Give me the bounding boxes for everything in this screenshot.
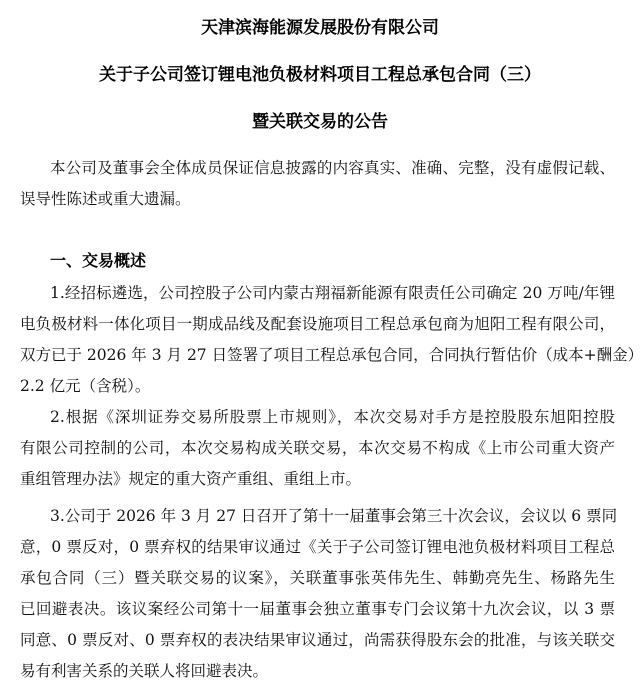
paragraph-line: 双方已于 2026 年 3 月 27 日签署了项目工程总承包合同，合同执行暂估价…: [20, 344, 615, 366]
paragraph-line: 承包合同（三）暨关联交易的议案》，关联董事张英伟先生、韩勤亮先生、杨路先生: [20, 567, 615, 589]
paragraph-line: 有限公司控制的公司，本次交易构成关联交易，本次交易不构成《上市公司重大资产: [20, 437, 615, 459]
disclaimer-line: 误导性陈述或重大遗漏。: [20, 188, 615, 210]
announcement-title-line-1: 关于子公司签订锂电池负极材料项目工程总承包合同（三）: [0, 64, 640, 86]
section-heading: 一、交易概述: [50, 250, 146, 272]
paragraph-line: 易有利害关系的关联人将回避表决。: [20, 660, 615, 682]
paragraph-line: 2.根据《深圳证券交易所股票上市规则》，本次交易对手方是控股股东旭阳控股: [50, 406, 615, 428]
paragraph-line: 重组管理办法》规定的重大资产重组、重组上市。: [20, 468, 615, 490]
paragraph-line: 电负极材料一体化项目一期成品线及配套设施项目工程总承包商为旭阳工程有限公司，: [20, 313, 615, 335]
paragraph-line: 意，0 票反对，0 票弃权的结果审议通过《关于子公司签订锂电池负极材料项目工程总: [20, 536, 615, 558]
paragraph-line: 2.2 亿元（含税）。: [20, 375, 615, 397]
announcement-title-line-2: 暨关联交易的公告: [0, 111, 640, 133]
disclaimer-line: 本公司及董事会全体成员保证信息披露的内容真实、准确、完整，没有虚假记载、: [50, 157, 615, 179]
paragraph-line: 1.经招标遴选，公司控股子公司内蒙古翔福新能源有限责任公司确定 20 万吨/年锂: [50, 282, 615, 304]
company-name: 天津滨海能源发展股份有限公司: [0, 17, 640, 39]
paragraph-line: 3.公司于 2026 年 3 月 27 日召开了第十一届董事会第三十次会议，会议…: [50, 505, 615, 527]
paragraph-line: 同意、0 票反对、0 票弃权的表决结果审议通过，尚需获得股东会的批准，与该关联交: [20, 629, 615, 651]
paragraph-line: 已回避表决。该议案经公司第十一届董事会独立董事专门会议第十九次会议，以 3 票: [20, 598, 615, 620]
